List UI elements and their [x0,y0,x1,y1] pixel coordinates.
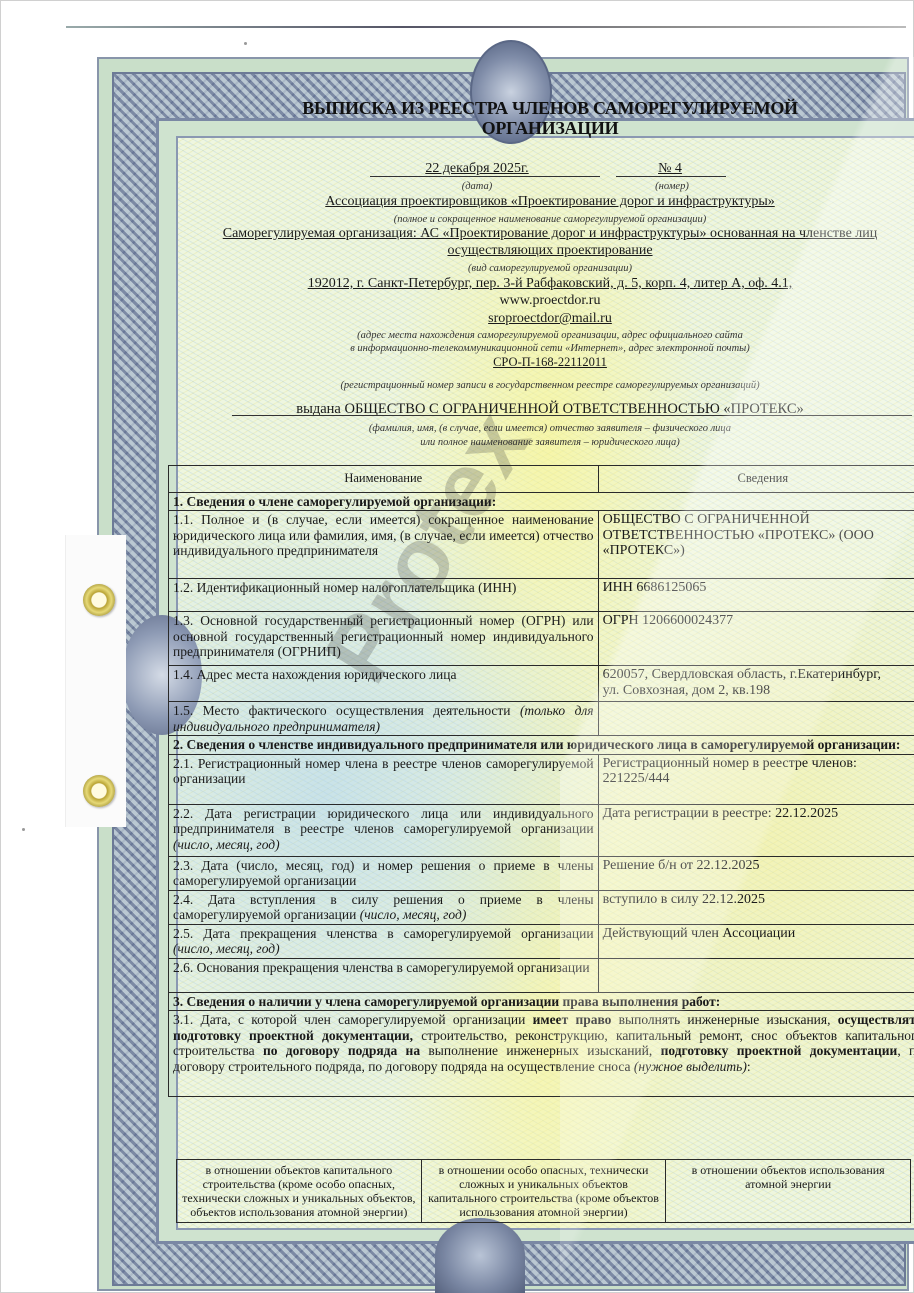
table-row: 1.4. Адрес места нахождения юридического… [169,666,914,702]
row-1-1-value: ОБЩЕСТВО С ОГРАНИЧЕННОЙ ОТВЕТСТВЕННОСТЬЮ… [598,511,914,579]
registry-number-text: СРО-П-168-22112011 [493,355,607,369]
row-2-3-label: 2.3. Дата (число, месяц, год) и номер ре… [169,856,599,890]
table-row: 1.3. Основной государственный регистраци… [169,612,914,666]
sro-website: www.proectdor.ru [180,293,914,309]
section-2-row: 2. Сведения о членстве индивидуального п… [169,736,914,755]
row-2-1-value-line-1: Регистрационный номер в реестре членов: [603,756,914,772]
column-nuclear-objects: в отношении объектов использования атомн… [666,1160,911,1223]
row-3-1-part: выполнение инженерных изысканий, [420,1043,660,1058]
association-name-text: Ассоциация проектировщиков «Проектирован… [325,194,774,209]
table-row: 2.3. Дата (число, месяц, год) и номер ре… [169,856,914,890]
row-3-1-text: 3.1. Дата, с которой член саморегулируем… [169,1011,914,1097]
date-rule [370,176,600,177]
table-row: 2.2. Дата регистрации юридического лица … [169,804,914,856]
document-title: ВЫПИСКА ИЗ РЕЕСТРА ЧЛЕНОВ САМОРЕГУЛИРУЕМ… [170,98,914,138]
document-content: ВЫПИСКА ИЗ РЕЕСТРА ЧЛЕНОВ САМОРЕГУЛИРУЕМ… [0,0,914,1293]
sro-type-line-2: осуществляющих проектирование [180,243,914,259]
registry-hint: (регистрационный номер записи в государс… [180,378,914,394]
table-row: 1.1. Полное и (в случае, если имеется) с… [169,511,914,579]
table-row: 2.1. Регистрационный номер члена в реест… [169,754,914,804]
row-1-5-value [598,702,914,736]
row-3-1-bold: имеет право [533,1012,612,1027]
sro-type-hint: (вид саморегулируемой организации) [180,261,914,277]
table-row: 2.6. Основания прекращения членства в са… [169,958,914,992]
table-header-row: Наименование Сведения [169,466,914,493]
number-hint: (номер) [632,179,712,195]
row-1-5-label-text: 1.5. Место фактического осуществления де… [173,703,511,718]
column-capital-construction: в отношении объектов капитального строит… [177,1160,422,1223]
row-2-1-value: Регистрационный номер в реестре членов: … [598,754,914,804]
title-line-1: ВЫПИСКА ИЗ РЕЕСТРА ЧЛЕНОВ САМОРЕГУЛИРУЕМ… [170,98,914,118]
row-2-1-label: 2.1. Регистрационный номер члена в реест… [169,754,599,804]
row-2-6-value [598,958,914,992]
section-3-title: 3. Сведения о наличии у члена саморегули… [169,992,914,1011]
row-2-5-value: Действующий член Ассоциации [598,924,914,958]
row-2-2-label-text: 2.2. Дата регистрации юридического лица … [173,806,594,837]
row-1-4-value-line-2: ул. Совхозная, дом 2, кв.198 [603,683,914,699]
sro-address: 192012, г. Санкт-Петербург, пер. 3-й Раб… [180,276,914,292]
row-1-3-value: ОГРН 1206600024377 [598,612,914,666]
work-rights-table: в отношении объектов капитального строит… [176,1159,911,1223]
sro-email: sroproectdor@mail.ru [180,311,914,327]
row-2-2-label: 2.2. Дата регистрации юридического лица … [169,804,599,856]
row-2-5-label: 2.5. Дата прекращения членства в саморег… [169,924,599,958]
row-2-6-label: 2.6. Основания прекращения членства в са… [169,958,599,992]
row-3-1-part: 3.1. Дата, с которой член саморегулируем… [173,1012,533,1027]
member-info-table: Наименование Сведения 1. Сведения о член… [168,465,914,1097]
title-line-2: ОРГАНИЗАЦИИ [170,118,914,138]
sro-address-text: 192012, г. Санкт-Петербург, пер. 3-й Раб… [308,276,793,291]
number-rule [616,176,726,177]
extract-date: 22 декабря 2025г. [392,161,562,177]
row-1-5-label: 1.5. Место фактического осуществления де… [169,702,599,736]
sro-email-text: sroproectdor@mail.ru [488,311,612,326]
row-3-1-bold: подготовку проектной документации [661,1043,898,1058]
row-3-1-italic: (нужное выделить) [634,1059,747,1074]
section-1-row: 1. Сведения о члене саморегулируемой орг… [169,492,914,511]
section-2-title: 2. Сведения о членстве индивидуального п… [169,736,914,755]
extract-number: № 4 [630,161,710,177]
row-2-4-value: вступило в силу 22.12.2025 [598,890,914,924]
row-3-1-part: : [747,1059,751,1074]
association-name: Ассоциация проектировщиков «Проектирован… [180,194,914,210]
row-1-4-value-line-1: 620057, Свердловская область, г.Екатерин… [603,667,914,683]
sro-type-line-1: Саморегулируемая организация: АС «Проект… [170,226,914,242]
row-1-4-value: 620057, Свердловская область, г.Екатерин… [598,666,914,702]
table-row: 2.5. Дата прекращения членства в саморег… [169,924,914,958]
date-hint: (дата) [442,179,512,195]
row-2-4-label: 2.4. Дата вступления в силу решения о пр… [169,890,599,924]
row-3-1-bold: по договору подряда на [263,1043,420,1058]
column-hazardous-objects: в отношении особо опасных, технически сл… [421,1160,666,1223]
row-2-5-label-text: 2.5. Дата прекращения членства в саморег… [173,926,594,941]
row-2-2-label-italic: (число, месяц, год) [173,837,280,852]
section-1-title: 1. Сведения о члене саморегулируемой орг… [169,492,914,511]
row-2-2-value: Дата регистрации в реестре: 22.12.2025 [598,804,914,856]
table-row: 1.5. Место фактического осуществления де… [169,702,914,736]
row-2-4-label-italic: (число, месяц, год) [360,907,467,922]
issued-to-rule [232,415,912,416]
table-row: 1.2. Идентификационный номер налогоплате… [169,579,914,612]
row-1-2-value: ИНН 6686125065 [598,579,914,612]
table-row: 2.4. Дата вступления в силу решения о пр… [169,890,914,924]
row-3-1-part: выполнять инженерные изыскания, [611,1012,837,1027]
row-2-1-value-line-2: 221225/444 [603,771,914,787]
registry-number: СРО-П-168-22112011 [180,354,914,370]
sro-type-text-1: Саморегулируемая организация: АС «Проект… [223,226,878,241]
section-3-row: 3. Сведения о наличии у члена саморегули… [169,992,914,1011]
row-2-3-value: Решение б/н от 22.12.2025 [598,856,914,890]
table-row: 3.1. Дата, с которой член саморегулируем… [169,1011,914,1097]
sro-type-text-2: осуществляющих проектирование [447,243,652,258]
header-info: Сведения [598,466,914,493]
work-rights-header-row: в отношении объектов капитального строит… [177,1160,911,1223]
row-2-5-label-italic: (число, месяц, год) [173,941,280,956]
